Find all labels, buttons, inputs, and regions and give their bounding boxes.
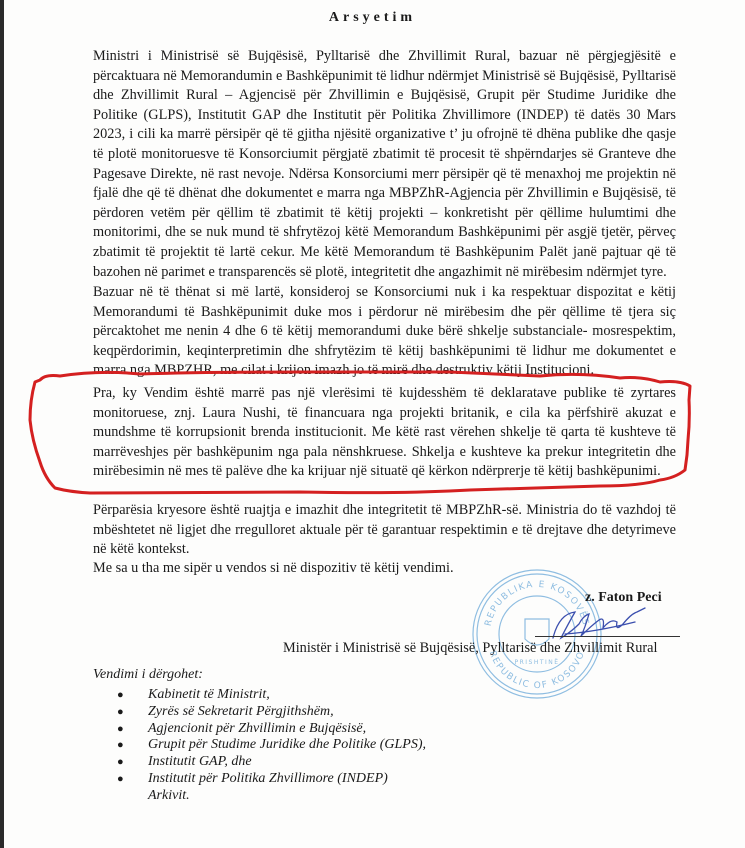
handwritten-signature (545, 604, 655, 644)
svg-text:PRISHTINË: PRISHTINË (514, 659, 559, 666)
recipients-list: ●Kabinetit të Ministrit, ●Zyrës së Sekre… (117, 687, 426, 805)
recipient-item: ●Kabinetit të Ministrit, (117, 687, 426, 704)
recipient-item: ●Zyrës së Sekretarit Përgjithshëm, (117, 704, 426, 721)
recipient-item: ●Arkivit. (117, 788, 426, 805)
recipient-item: ● Institutit GAP, dhe (117, 754, 426, 771)
bullet-icon: ● (117, 721, 124, 738)
document-title: Arsyetim (0, 10, 745, 26)
paragraph-memorandum: Ministri i Ministrisë së Bujqësisë, Pyll… (93, 47, 676, 282)
bullet-icon: ● (117, 754, 124, 771)
paragraph-decision-highlighted: Pra, ky Vendim është marrë pas një vlerë… (93, 384, 676, 482)
recipient-item: ●Grupit për Studime Juridike dhe Politik… (117, 737, 426, 754)
recipient-item: ● Institutit për Politika Zhvillimore (I… (117, 771, 426, 788)
bullet-icon: ● (117, 737, 124, 754)
bullet-icon: ● (117, 704, 124, 721)
bullet-icon: ● (117, 771, 124, 788)
signature-line (535, 636, 680, 637)
bullet-icon: ● (117, 687, 124, 704)
recipient-item: ●Agjencionit për Zhvillimin e Bujqësisë, (117, 721, 426, 738)
signer-title: Ministër i Ministrisë së Bujqësisë, Pyll… (283, 640, 657, 657)
recipients-heading: Vendimi i dërgohet: (93, 667, 203, 683)
paragraph-priority: Përparësia kryesore është ruajtja e imaz… (93, 501, 676, 560)
paragraph-violation: Bazuar në të thënat si më lartë, konside… (93, 283, 676, 381)
